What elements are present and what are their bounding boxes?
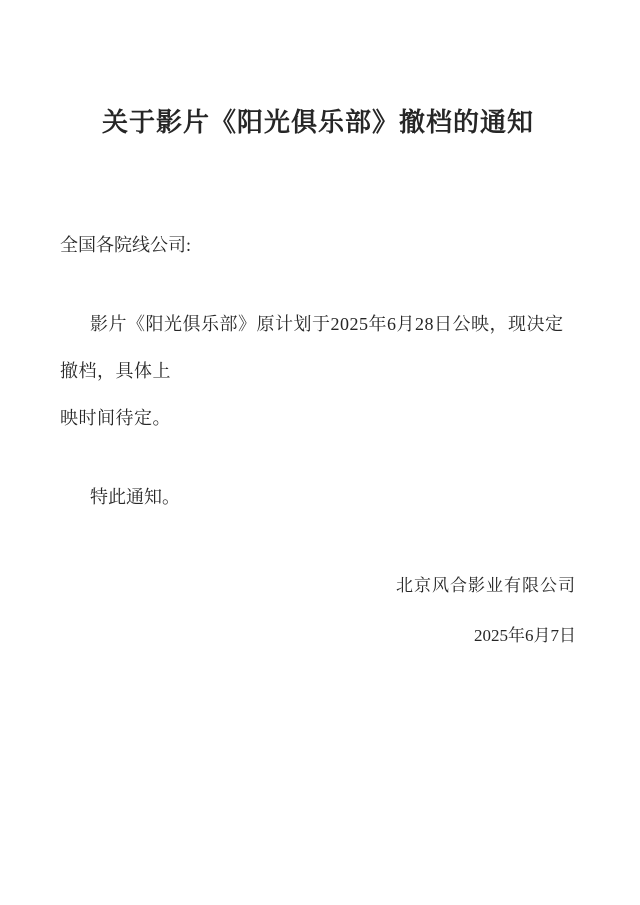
body-line-1: 影片《阳光俱乐部》原计划于2025年6月28日公映，现决定撤档，具体上 [60,301,576,395]
notice-document: 关于影片《阳光俱乐部》撤档的通知 全国各院线公司: 影片《阳光俱乐部》原计划于2… [0,0,640,905]
closing-line: 特此通知。 [60,484,576,510]
document-title: 关于影片《阳光俱乐部》撤档的通知 [60,0,576,140]
salutation-line: 全国各院线公司: [60,232,576,258]
signature-company: 北京风合影业有限公司 [60,573,576,599]
body-line-2: 映时间待定。 [60,395,576,442]
signature-date: 2025年6月7日 [60,623,576,649]
body-paragraph: 影片《阳光俱乐部》原计划于2025年6月28日公映，现决定撤档，具体上 映时间待… [60,301,576,442]
